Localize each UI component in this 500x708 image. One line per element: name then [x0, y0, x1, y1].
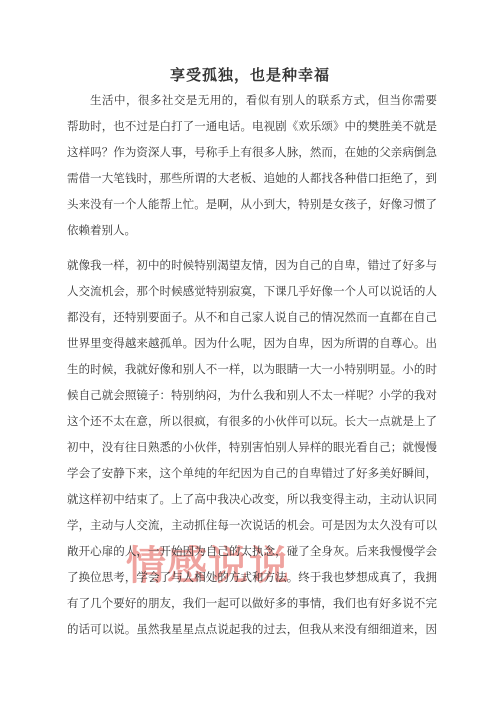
text-line: 世界里变得越来越孤单。因为什么呢，因为自卑，因为所谓的自尊心。出 — [67, 330, 437, 356]
text-line: 就像我一样，初中的时候特别渴望友情，因为自己的自卑，错过了好多与 — [67, 252, 437, 278]
text-line: 学，主动与人交流，主动抓住每一次说话的机会。可是因为太久没有可以 — [67, 512, 437, 538]
text-line: 依赖着别人。 — [67, 217, 437, 243]
text-line: 敞开心扉的人，一开始因为自己的太执念，碰了全身灰。后来我慢慢学会 — [67, 538, 437, 564]
text-line: 帮助时，也不过是白打了一通电话。电视剧《欢乐颂》中的樊胜美不就是 — [67, 113, 437, 139]
paragraph: 就像我一样，初中的时候特别渴望友情，因为自己的自卑，错过了好多与人交流机会，那个… — [67, 252, 437, 642]
article-page: 情感说说 享受孤独，也是种幸福 生活中，很多社交是无用的，看似有别人的联系方式，… — [0, 0, 500, 708]
text-line: 人交流机会，那个时候感觉特别寂寞，下课几乎好像一个人可以说话的人 — [67, 278, 437, 304]
article-body: 生活中，很多社交是无用的，看似有别人的联系方式，但当你需要帮助时，也不过是白打了… — [67, 87, 437, 642]
text-line: 需借一大笔钱时，那些所谓的大老板、追她的人都找各种借口拒绝了，到 — [67, 165, 437, 191]
text-line: 生活中，很多社交是无用的，看似有别人的联系方式，但当你需要 — [67, 87, 437, 113]
text-line: 有了几个要好的朋友，我们一起可以做好多的事情，我们也有好多说不完 — [67, 590, 437, 616]
text-line: 学会了安静下来，这个单纯的年纪因为自己的自卑错过了好多美好瞬间， — [67, 460, 437, 486]
text-line: 的话可以说。虽然我星星点点说起我的过去，但我从来没有细细道来，因 — [67, 616, 437, 642]
text-line: 这个还不太在意，所以很疯，有很多的小伙伴可以玩。长大一点就是上了 — [67, 408, 437, 434]
text-line: 这样吗？作为资深人事，号称手上有很多人脉，然而，在她的父亲病倒急 — [67, 139, 437, 165]
text-line: 了换位思考，学会了与人相处的方式和方法。终于我也梦想成真了，我拥 — [67, 564, 437, 590]
text-line: 都没有，还特别要面子。从不和自己家人说自己的情况然而一直都在自己 — [67, 304, 437, 330]
text-line: 初中，没有往日熟悉的小伙伴，特别害怕别人异样的眼光看自己；就慢慢 — [67, 434, 437, 460]
article-title: 享受孤独，也是种幸福 — [0, 64, 500, 85]
text-line: 生的时候，我就好像和别人不一样，以为眼睛一大一小特别明显。小的时 — [67, 356, 437, 382]
text-line: 头来没有一个人能帮上忙。是啊，从小到大，特别是女孩子，好像习惯了 — [67, 191, 437, 217]
text-line: 候自己就会照镜子：特别纳闷，为什么我和别人不太一样呢？小学的我对 — [67, 382, 437, 408]
text-line: 就这样初中结束了。上了高中我决心改变，所以我变得主动，主动认识同 — [67, 486, 437, 512]
paragraph: 生活中，很多社交是无用的，看似有别人的联系方式，但当你需要帮助时，也不过是白打了… — [67, 87, 437, 243]
